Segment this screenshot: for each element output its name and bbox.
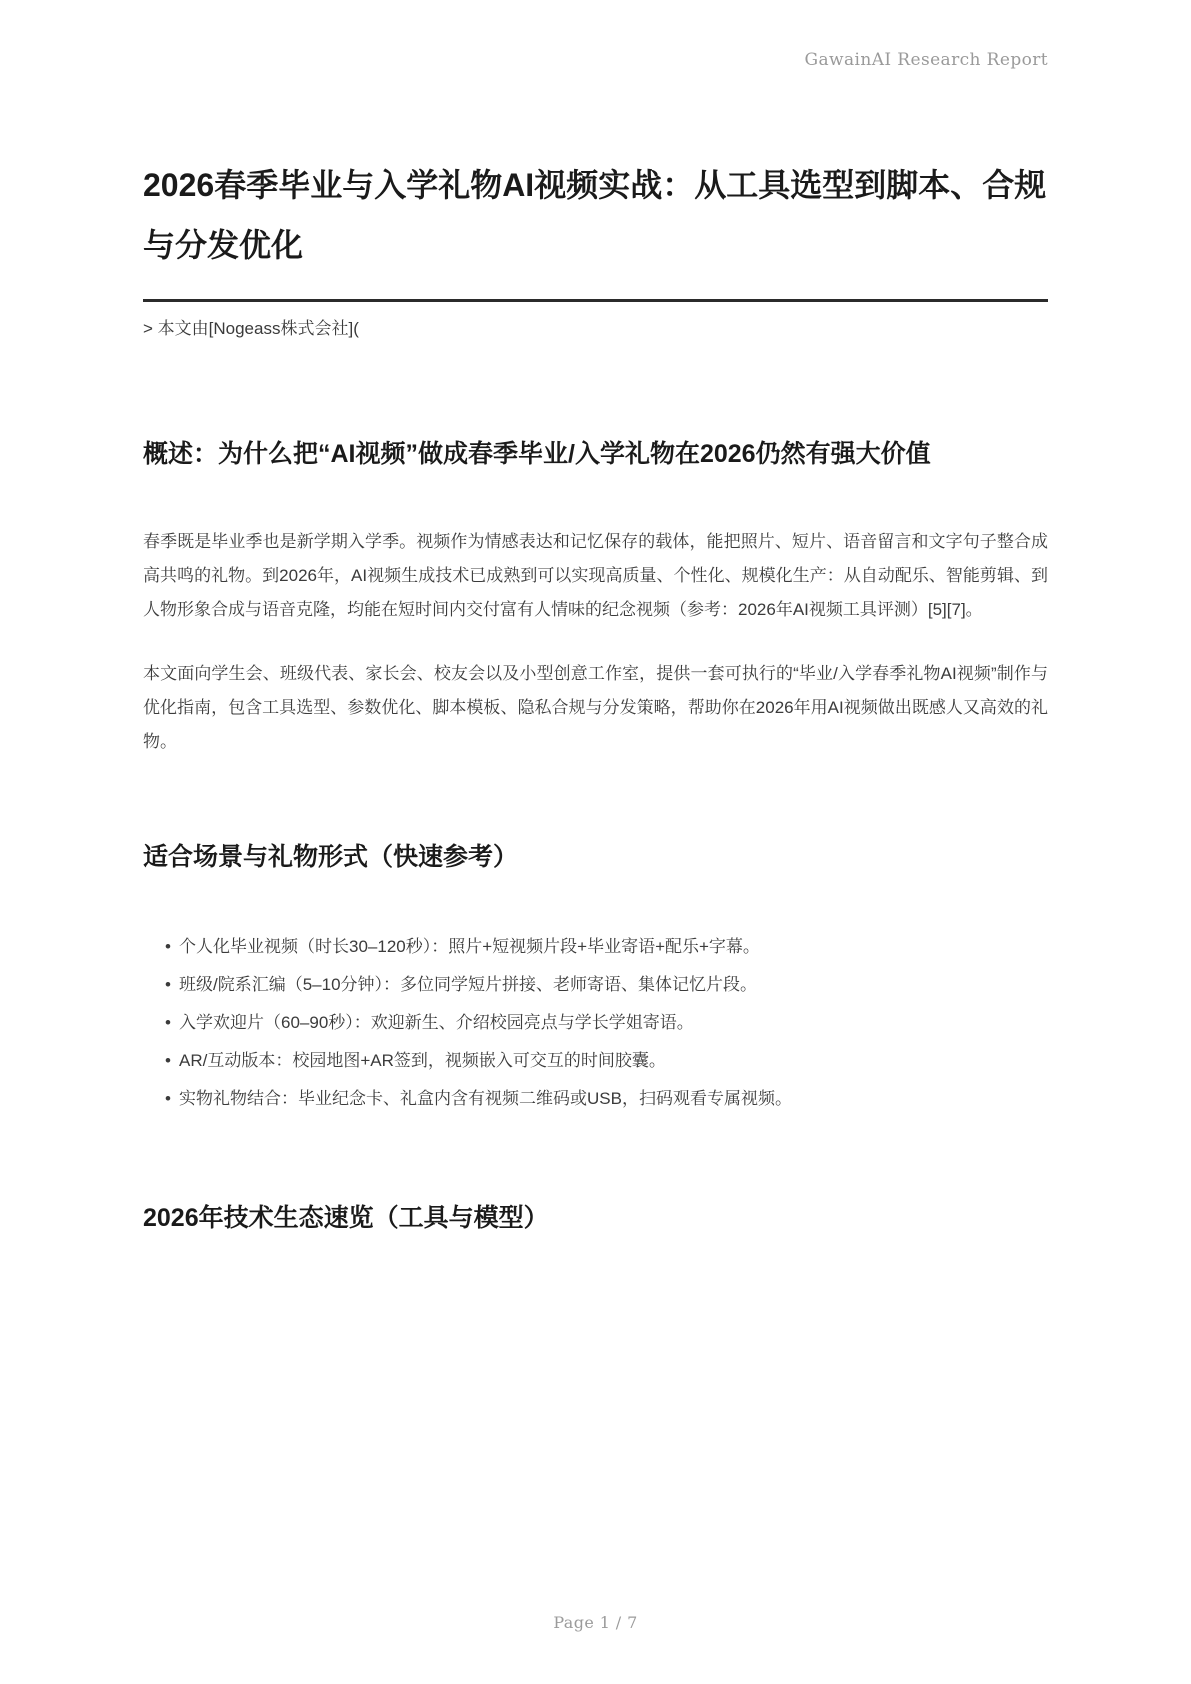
page-number-label: Page 1 / 7 (0, 1613, 1191, 1632)
overview-paragraph-1: 春季既是毕业季也是新学期入学季。视频作为情感表达和记忆保存的载体，能把照片、短片… (143, 525, 1048, 627)
bullet-dot-icon: • (165, 928, 179, 966)
list-item-text: 个人化毕业视频（时长30–120秒）：照片+短视频片段+毕业寄语+配乐+字幕。 (179, 928, 760, 966)
list-item: • AR/互动版本：校园地图+AR签到，视频嵌入可交互的时间胶囊。 (165, 1042, 1048, 1080)
list-item-text: 班级/院系汇编（5–10分钟）：多位同学短片拼接、老师寄语、集体记忆片段。 (179, 966, 757, 1004)
section-heading-scenes: 适合场景与礼物形式（快速参考） (143, 833, 1048, 882)
list-item: • 入学欢迎片（60–90秒）：欢迎新生、介绍校园亮点与学长学姐寄语。 (165, 1004, 1048, 1042)
list-item-text: 实物礼物结合：毕业纪念卡、礼盒内含有视频二维码或USB，扫码观看专属视频。 (179, 1080, 792, 1118)
title-divider (143, 299, 1048, 302)
list-item-text: AR/互动版本：校园地图+AR签到，视频嵌入可交互的时间胶囊。 (179, 1042, 666, 1080)
byline-text: > 本文由[Nogeass株式会社]( (143, 316, 1048, 342)
overview-paragraph-2: 本文面向学生会、班级代表、家长会、校友会以及小型创意工作室，提供一套可执行的“毕… (143, 657, 1048, 759)
document-title: 2026春季毕业与入学礼物AI视频实战：从工具选型到脚本、合规与分发优化 (143, 155, 1048, 275)
list-item: • 班级/院系汇编（5–10分钟）：多位同学短片拼接、老师寄语、集体记忆片段。 (165, 966, 1048, 1004)
section-heading-overview: 概述：为什么把“AI视频”做成春季毕业/入学礼物在2026仍然有强大价值 (143, 430, 1048, 479)
list-item: • 个人化毕业视频（时长30–120秒）：照片+短视频片段+毕业寄语+配乐+字幕… (165, 928, 1048, 966)
scenes-bullet-list: • 个人化毕业视频（时长30–120秒）：照片+短视频片段+毕业寄语+配乐+字幕… (143, 928, 1048, 1118)
bullet-dot-icon: • (165, 966, 179, 1004)
section-heading-tech: 2026年技术生态速览（工具与模型） (143, 1194, 1048, 1243)
report-header-label: GawainAI Research Report (143, 0, 1048, 70)
list-item: • 实物礼物结合：毕业纪念卡、礼盒内含有视频二维码或USB，扫码观看专属视频。 (165, 1080, 1048, 1118)
content-column: GawainAI Research Report 2026春季毕业与入学礼物AI… (143, 0, 1048, 1243)
bullet-dot-icon: • (165, 1080, 179, 1118)
bullet-dot-icon: • (165, 1042, 179, 1080)
bullet-dot-icon: • (165, 1004, 179, 1042)
report-page: GawainAI Research Report 2026春季毕业与入学礼物AI… (0, 0, 1191, 1684)
list-item-text: 入学欢迎片（60–90秒）：欢迎新生、介绍校园亮点与学长学姐寄语。 (179, 1004, 694, 1042)
